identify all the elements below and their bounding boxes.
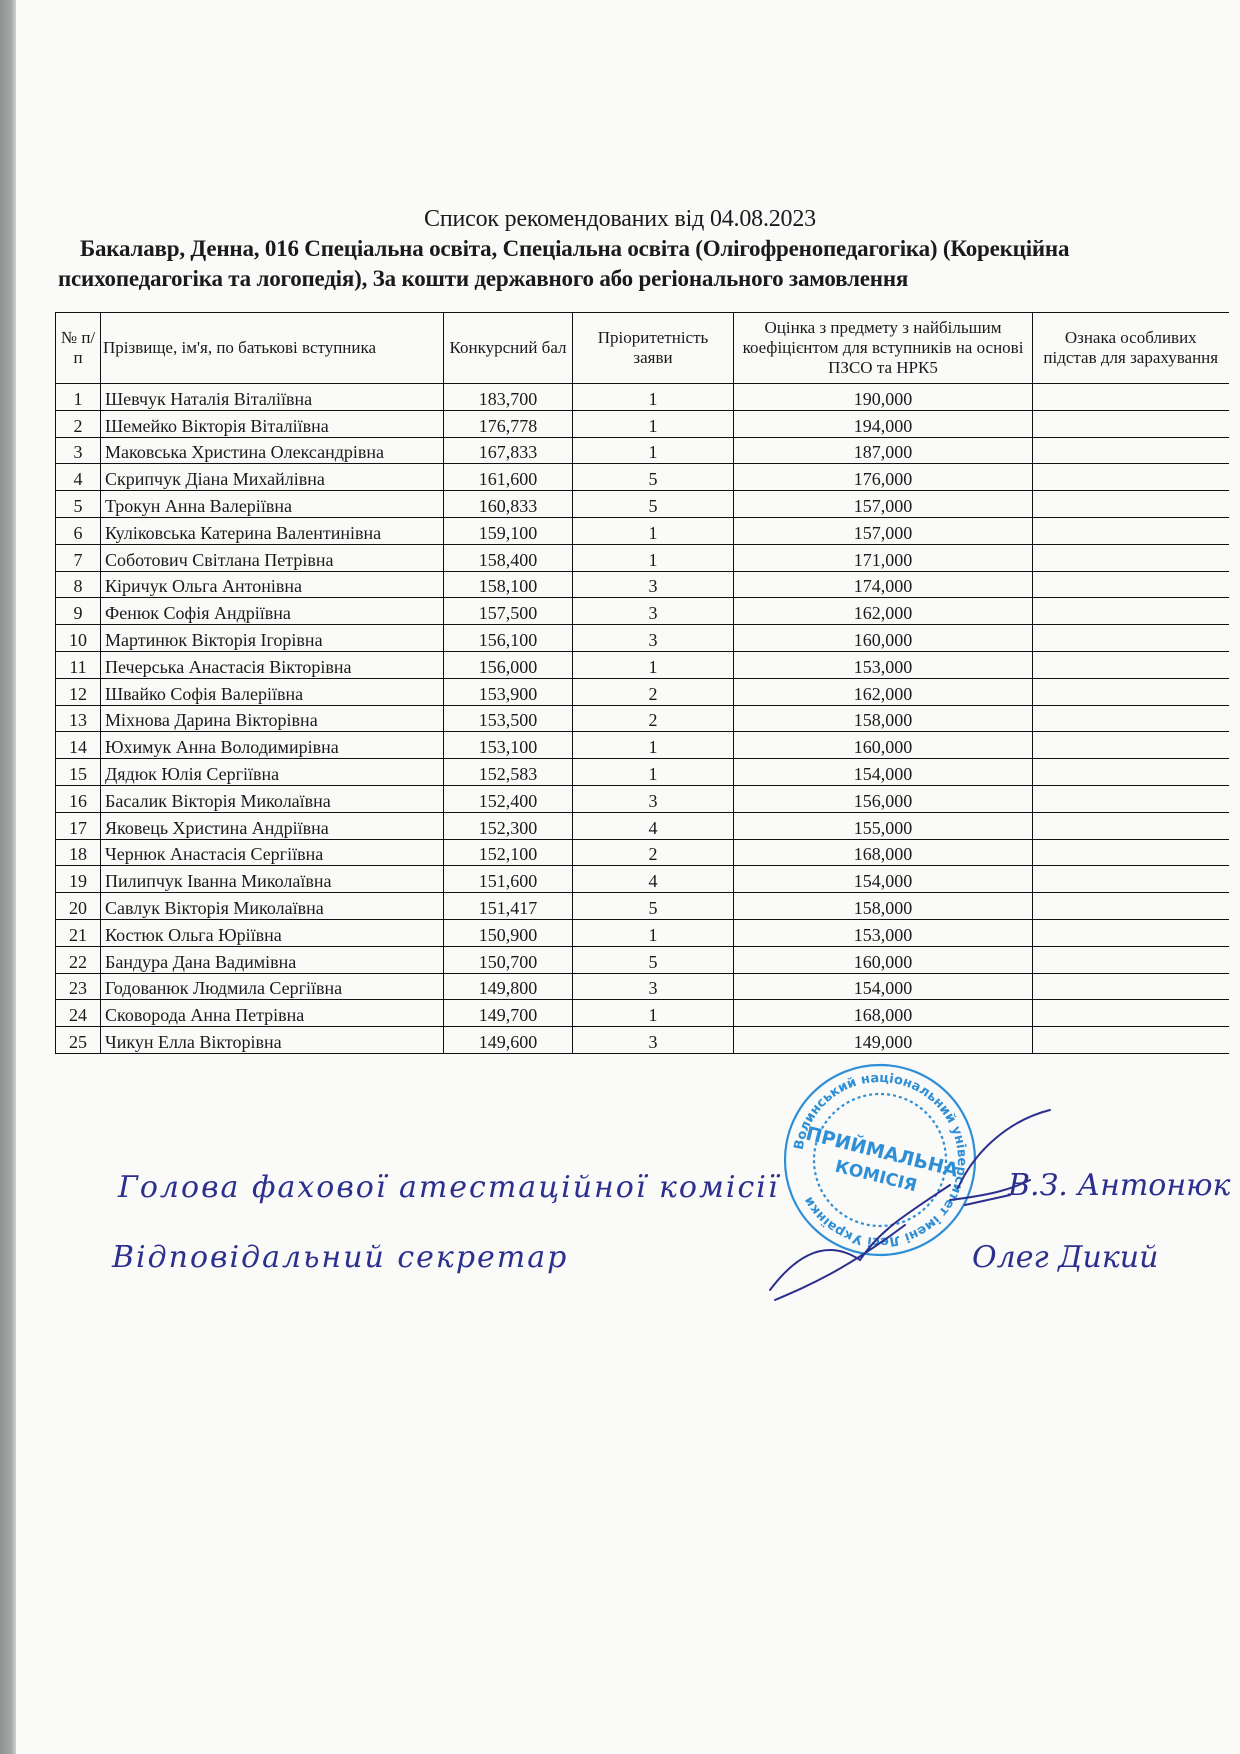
cell-competitive-score: 153,500 — [444, 705, 573, 732]
cell-subject-score: 171,000 — [734, 544, 1033, 571]
cell-priority: 1 — [573, 517, 734, 544]
cell-number: 2 — [56, 410, 101, 437]
header-application-priority: Пріоритетність заяви — [573, 313, 734, 384]
signature-role-secretary: Відповідальний секретар — [112, 1240, 568, 1275]
cell-competitive-score: 149,600 — [444, 1027, 573, 1054]
cell-special-grounds — [1033, 1000, 1229, 1027]
table-row: 10 Мартинюк Вікторія Ігорівна 156,100 3 … — [56, 625, 1229, 652]
cell-special-grounds — [1033, 946, 1229, 973]
signature-name-chair: В.З. Антонюк — [1008, 1168, 1230, 1203]
cell-number: 4 — [56, 464, 101, 491]
cell-number: 24 — [56, 1000, 101, 1027]
cell-subject-score: 155,000 — [734, 812, 1033, 839]
document-title: Список рекомендованих від 04.08.2023 — [0, 206, 1240, 233]
cell-full-name: Фенюк Софія Андріївна — [101, 598, 444, 625]
cell-subject-score: 156,000 — [734, 785, 1033, 812]
cell-number: 16 — [56, 785, 101, 812]
table-row: 20 Савлук Вікторія Миколаївна 151,417 5 … — [56, 893, 1229, 920]
table-row: 6 Куліковська Катерина Валентинівна 159,… — [56, 517, 1229, 544]
cell-special-grounds — [1033, 866, 1229, 893]
cell-special-grounds — [1033, 464, 1229, 491]
recommended-list-table: № п/п Прізвище, ім'я, по батькові вступн… — [55, 312, 1229, 1054]
cell-priority: 3 — [573, 973, 734, 1000]
cell-special-grounds — [1033, 491, 1229, 518]
cell-number: 23 — [56, 973, 101, 1000]
table-row: 17 Яковець Христина Андріївна 152,300 4 … — [56, 812, 1229, 839]
cell-priority: 1 — [573, 919, 734, 946]
cell-full-name: Печерська Анастасія Вікторівна — [101, 651, 444, 678]
cell-competitive-score: 152,583 — [444, 759, 573, 786]
cell-number: 1 — [56, 384, 101, 411]
cell-subject-score: 162,000 — [734, 678, 1033, 705]
cell-subject-score: 149,000 — [734, 1027, 1033, 1054]
cell-subject-score: 154,000 — [734, 866, 1033, 893]
cell-full-name: Шевчук Наталія Віталіївна — [101, 384, 444, 411]
cell-number: 15 — [56, 759, 101, 786]
cell-special-grounds — [1033, 437, 1229, 464]
table-row: 5 Трокун Анна Валеріївна 160,833 5 157,0… — [56, 491, 1229, 518]
table-row: 19 Пилипчук Іванна Миколаївна 151,600 4 … — [56, 866, 1229, 893]
cell-priority: 2 — [573, 678, 734, 705]
cell-subject-score: 157,000 — [734, 517, 1033, 544]
cell-number: 10 — [56, 625, 101, 652]
cell-competitive-score: 158,100 — [444, 571, 573, 598]
cell-competitive-score: 153,100 — [444, 732, 573, 759]
cell-full-name: Мартинюк Вікторія Ігорівна — [101, 625, 444, 652]
cell-subject-score: 174,000 — [734, 571, 1033, 598]
cell-competitive-score: 159,100 — [444, 517, 573, 544]
cell-competitive-score: 156,100 — [444, 625, 573, 652]
cell-full-name: Яковець Христина Андріївна — [101, 812, 444, 839]
table-row: 12 Швайко Софія Валеріївна 153,900 2 162… — [56, 678, 1229, 705]
cell-priority: 2 — [573, 705, 734, 732]
cell-special-grounds — [1033, 517, 1229, 544]
cell-number: 17 — [56, 812, 101, 839]
cell-priority: 1 — [573, 437, 734, 464]
cell-priority: 1 — [573, 732, 734, 759]
cell-number: 13 — [56, 705, 101, 732]
cell-special-grounds — [1033, 625, 1229, 652]
cell-full-name: Кіричук Ольга Антонівна — [101, 571, 444, 598]
cell-special-grounds — [1033, 973, 1229, 1000]
cell-special-grounds — [1033, 812, 1229, 839]
table-row: 13 Міхнова Дарина Вікторівна 153,500 2 1… — [56, 705, 1229, 732]
cell-priority: 5 — [573, 491, 734, 518]
table-row: 8 Кіричук Ольга Антонівна 158,100 3 174,… — [56, 571, 1229, 598]
scan-edge-shadow — [0, 0, 16, 1754]
table-row: 18 Чернюк Анастасія Сергіївна 152,100 2 … — [56, 839, 1229, 866]
cell-special-grounds — [1033, 893, 1229, 920]
table-row: 23 Годованюк Людмила Сергіївна 149,800 3… — [56, 973, 1229, 1000]
cell-priority: 5 — [573, 464, 734, 491]
cell-subject-score: 168,000 — [734, 839, 1033, 866]
cell-priority: 2 — [573, 839, 734, 866]
cell-number: 12 — [56, 678, 101, 705]
cell-subject-score: 187,000 — [734, 437, 1033, 464]
table-row: 16 Басалик Вікторія Миколаївна 152,400 3… — [56, 785, 1229, 812]
cell-special-grounds — [1033, 571, 1229, 598]
table-row: 24 Сковорода Анна Петрівна 149,700 1 168… — [56, 1000, 1229, 1027]
cell-special-grounds — [1033, 919, 1229, 946]
cell-competitive-score: 160,833 — [444, 491, 573, 518]
cell-number: 7 — [56, 544, 101, 571]
cell-special-grounds — [1033, 839, 1229, 866]
cell-number: 14 — [56, 732, 101, 759]
cell-priority: 4 — [573, 812, 734, 839]
cell-subject-score: 154,000 — [734, 973, 1033, 1000]
cell-full-name: Сковорода Анна Петрівна — [101, 1000, 444, 1027]
table-row: 4 Скрипчук Діана Михайлівна 161,600 5 17… — [56, 464, 1229, 491]
table-row: 14 Юхимук Анна Володимирівна 153,100 1 1… — [56, 732, 1229, 759]
cell-priority: 1 — [573, 410, 734, 437]
cell-special-grounds — [1033, 598, 1229, 625]
cell-subject-score: 160,000 — [734, 946, 1033, 973]
cell-number: 5 — [56, 491, 101, 518]
table-body: 1 Шевчук Наталія Віталіївна 183,700 1 19… — [56, 384, 1229, 1054]
table-row: 2 Шемейко Вікторія Віталіївна 176,778 1 … — [56, 410, 1229, 437]
cell-special-grounds — [1033, 678, 1229, 705]
table-row: 3 Маковська Христина Олександрівна 167,8… — [56, 437, 1229, 464]
cell-priority: 1 — [573, 651, 734, 678]
cell-full-name: Савлук Вікторія Миколаївна — [101, 893, 444, 920]
header-full-name: Прізвище, ім'я, по батькові вступника — [101, 313, 444, 384]
document-subtitle: Бакалавр, Денна, 016 Спеціальна освіта, … — [58, 234, 1218, 294]
cell-priority: 1 — [573, 384, 734, 411]
cell-full-name: Юхимук Анна Володимирівна — [101, 732, 444, 759]
cell-full-name: Куліковська Катерина Валентинівна — [101, 517, 444, 544]
cell-special-grounds — [1033, 544, 1229, 571]
cell-competitive-score: 152,300 — [444, 812, 573, 839]
cell-special-grounds — [1033, 1027, 1229, 1054]
table-row: 9 Фенюк Софія Андріївна 157,500 3 162,00… — [56, 598, 1229, 625]
cell-number: 3 — [56, 437, 101, 464]
cell-subject-score: 168,000 — [734, 1000, 1033, 1027]
cell-special-grounds — [1033, 384, 1229, 411]
cell-priority: 3 — [573, 598, 734, 625]
cell-full-name: Бандура Дана Вадимівна — [101, 946, 444, 973]
signature-name-secretary: Олег Дикий — [972, 1240, 1158, 1275]
cell-subject-score: 160,000 — [734, 732, 1033, 759]
cell-subject-score: 162,000 — [734, 598, 1033, 625]
cell-subject-score: 160,000 — [734, 625, 1033, 652]
cell-subject-score: 158,000 — [734, 705, 1033, 732]
header-competitive-score: Конкурсний бал — [444, 313, 573, 384]
cell-full-name: Годованюк Людмила Сергіївна — [101, 973, 444, 1000]
signature-role-chair: Голова фахової атестаційної комісії — [118, 1170, 779, 1205]
cell-competitive-score: 152,100 — [444, 839, 573, 866]
cell-subject-score: 194,000 — [734, 410, 1033, 437]
cell-special-grounds — [1033, 410, 1229, 437]
cell-special-grounds — [1033, 785, 1229, 812]
table-row: 22 Бандура Дана Вадимівна 150,700 5 160,… — [56, 946, 1229, 973]
cell-competitive-score: 161,600 — [444, 464, 573, 491]
table-row: 1 Шевчук Наталія Віталіївна 183,700 1 19… — [56, 384, 1229, 411]
cell-full-name: Шемейко Вікторія Віталіївна — [101, 410, 444, 437]
header-subject-score: Оцінка з предмету з найбільшим коефіцієн… — [734, 313, 1033, 384]
cell-full-name: Міхнова Дарина Вікторівна — [101, 705, 444, 732]
cell-subject-score: 158,000 — [734, 893, 1033, 920]
cell-competitive-score: 157,500 — [444, 598, 573, 625]
table-row: 7 Соботович Світлана Петрівна 158,400 1 … — [56, 544, 1229, 571]
cell-number: 11 — [56, 651, 101, 678]
cell-competitive-score: 158,400 — [444, 544, 573, 571]
cell-full-name: Басалик Вікторія Миколаївна — [101, 785, 444, 812]
cell-priority: 1 — [573, 1000, 734, 1027]
cell-full-name: Дядюк Юлія Сергіївна — [101, 759, 444, 786]
cell-number: 21 — [56, 919, 101, 946]
cell-competitive-score: 151,600 — [444, 866, 573, 893]
cell-number: 6 — [56, 517, 101, 544]
cell-competitive-score: 151,417 — [444, 893, 573, 920]
cell-special-grounds — [1033, 651, 1229, 678]
cell-priority: 3 — [573, 625, 734, 652]
cell-full-name: Чернюк Анастасія Сергіївна — [101, 839, 444, 866]
cell-number: 8 — [56, 571, 101, 598]
cell-subject-score: 190,000 — [734, 384, 1033, 411]
cell-subject-score: 176,000 — [734, 464, 1033, 491]
cell-full-name: Маковська Христина Олександрівна — [101, 437, 444, 464]
cell-competitive-score: 150,900 — [444, 919, 573, 946]
cell-competitive-score: 152,400 — [444, 785, 573, 812]
cell-number: 19 — [56, 866, 101, 893]
cell-special-grounds — [1033, 705, 1229, 732]
cell-special-grounds — [1033, 759, 1229, 786]
cell-priority: 3 — [573, 785, 734, 812]
table-row: 21 Костюк Ольга Юріївна 150,900 1 153,00… — [56, 919, 1229, 946]
cell-full-name: Чикун Елла Вікторівна — [101, 1027, 444, 1054]
cell-competitive-score: 183,700 — [444, 384, 573, 411]
cell-number: 25 — [56, 1027, 101, 1054]
cell-subject-score: 157,000 — [734, 491, 1033, 518]
cell-special-grounds — [1033, 732, 1229, 759]
cell-number: 20 — [56, 893, 101, 920]
cell-competitive-score: 176,778 — [444, 410, 573, 437]
table-row: 25 Чикун Елла Вікторівна 149,600 3 149,0… — [56, 1027, 1229, 1054]
cell-priority: 4 — [573, 866, 734, 893]
cell-priority: 1 — [573, 544, 734, 571]
cell-priority: 3 — [573, 1027, 734, 1054]
cell-competitive-score: 149,800 — [444, 973, 573, 1000]
header-special-grounds: Ознака особливих підстав для зарахування — [1033, 313, 1229, 384]
cell-priority: 1 — [573, 759, 734, 786]
cell-full-name: Скрипчук Діана Михайлівна — [101, 464, 444, 491]
cell-full-name: Костюк Ольга Юріївна — [101, 919, 444, 946]
cell-full-name: Швайко Софія Валеріївна — [101, 678, 444, 705]
cell-competitive-score: 156,000 — [444, 651, 573, 678]
cell-number: 18 — [56, 839, 101, 866]
cell-competitive-score: 149,700 — [444, 1000, 573, 1027]
cell-priority: 5 — [573, 946, 734, 973]
cell-priority: 5 — [573, 893, 734, 920]
table-header-row: № п/п Прізвище, ім'я, по батькові вступн… — [56, 313, 1229, 384]
table-row: 11 Печерська Анастасія Вікторівна 156,00… — [56, 651, 1229, 678]
cell-number: 9 — [56, 598, 101, 625]
cell-competitive-score: 167,833 — [444, 437, 573, 464]
cell-subject-score: 153,000 — [734, 919, 1033, 946]
table-row: 15 Дядюк Юлія Сергіївна 152,583 1 154,00… — [56, 759, 1229, 786]
cell-subject-score: 153,000 — [734, 651, 1033, 678]
header-number: № п/п — [56, 313, 101, 384]
cell-competitive-score: 150,700 — [444, 946, 573, 973]
cell-subject-score: 154,000 — [734, 759, 1033, 786]
cell-number: 22 — [56, 946, 101, 973]
cell-full-name: Пилипчук Іванна Миколаївна — [101, 866, 444, 893]
cell-competitive-score: 153,900 — [444, 678, 573, 705]
cell-priority: 3 — [573, 571, 734, 598]
cell-full-name: Соботович Світлана Петрівна — [101, 544, 444, 571]
cell-full-name: Трокун Анна Валеріївна — [101, 491, 444, 518]
